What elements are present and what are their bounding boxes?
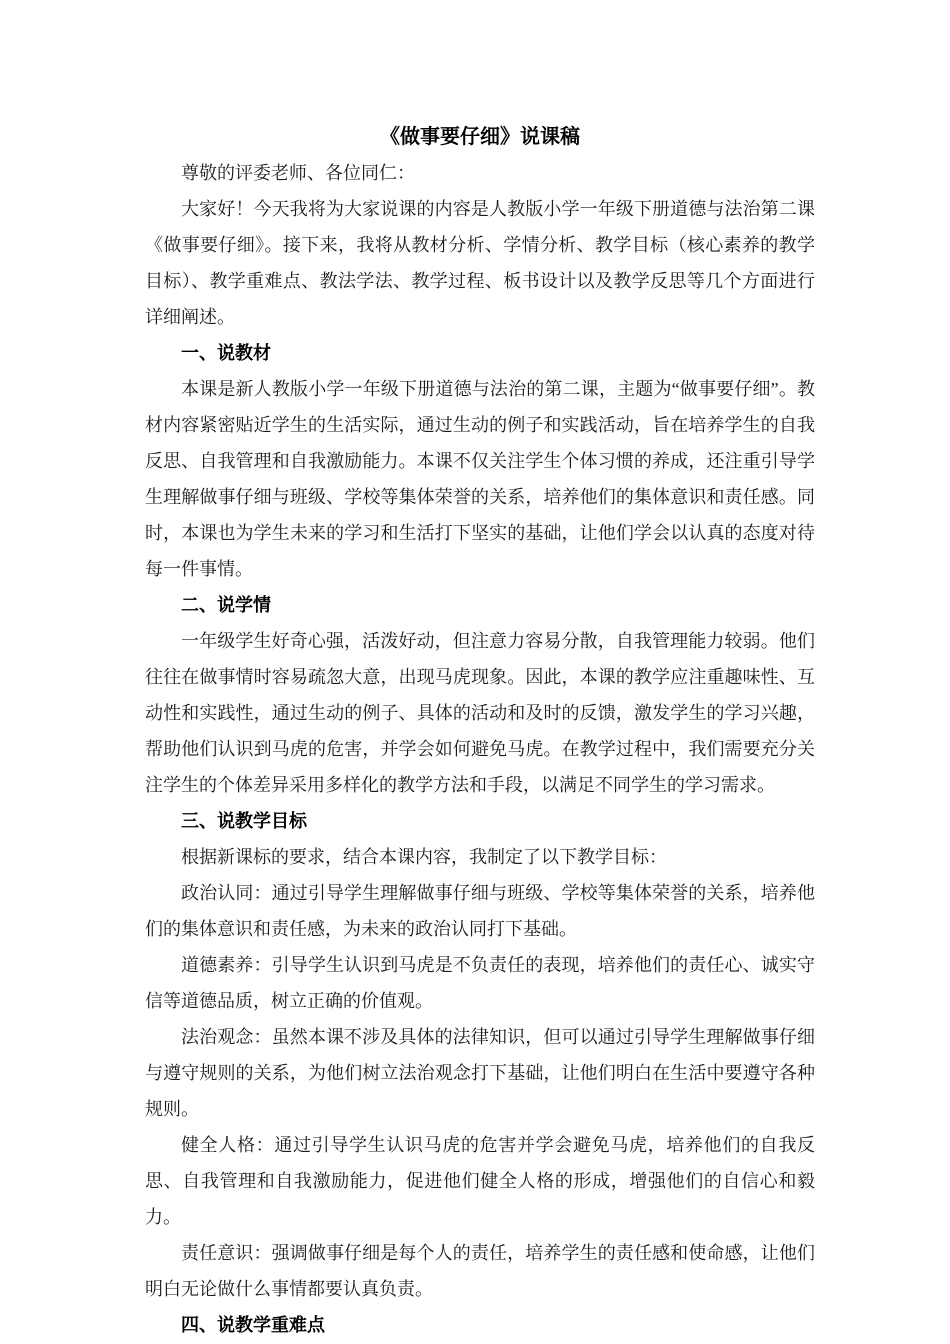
objective-sound-personality: 健全人格：通过引导学生认识马虎的危害并学会避免马虎，培养他们的自我反思、自我管理…	[145, 1127, 815, 1235]
objective-responsibility: 责任意识：强调做事仔细是每个人的责任，培养学生的责任感和使命感，让他们明白无论做…	[145, 1235, 815, 1307]
objective-moral-quality: 道德素养：引导学生认识到马虎是不负责任的表现，培养他们的责任心、诚实守信等道德品…	[145, 947, 815, 1019]
greeting-line: 尊敬的评委老师、各位同仁：	[145, 155, 815, 191]
intro-paragraph: 大家好！今天我将为大家说课的内容是人教版小学一年级下册道德与法治第二课《做事要仔…	[145, 191, 815, 335]
objective-political-identity: 政治认同：通过引导学生理解做事仔细与班级、学校等集体荣誉的关系，培养他们的集体意…	[145, 875, 815, 947]
objective-rule-of-law: 法治观念：虽然本课不涉及具体的法律知识，但可以通过引导学生理解做事仔细与遵守规则…	[145, 1019, 815, 1127]
section-heading-teaching-objectives: 三、说教学目标	[145, 803, 815, 839]
document-page: 《做事要仔细》说课稿 尊敬的评委老师、各位同仁： 大家好！今天我将为大家说课的内…	[0, 0, 950, 1344]
section-paragraph-learner-analysis: 一年级学生好奇心强，活泼好动，但注意力容易分散，自我管理能力较弱。他们往往在做事…	[145, 623, 815, 803]
section-heading-learner-analysis: 二、说学情	[145, 587, 815, 623]
section-heading-key-difficult-points: 四、说教学重难点	[145, 1307, 815, 1343]
section-heading-teaching-material: 一、说教材	[145, 335, 815, 371]
document-title: 《做事要仔细》说课稿	[145, 119, 815, 155]
section-paragraph-teaching-material: 本课是新人教版小学一年级下册道德与法治的第二课，主题为“做事要仔细”。教材内容紧…	[145, 371, 815, 587]
objectives-intro-paragraph: 根据新课标的要求，结合本课内容，我制定了以下教学目标：	[145, 839, 815, 875]
